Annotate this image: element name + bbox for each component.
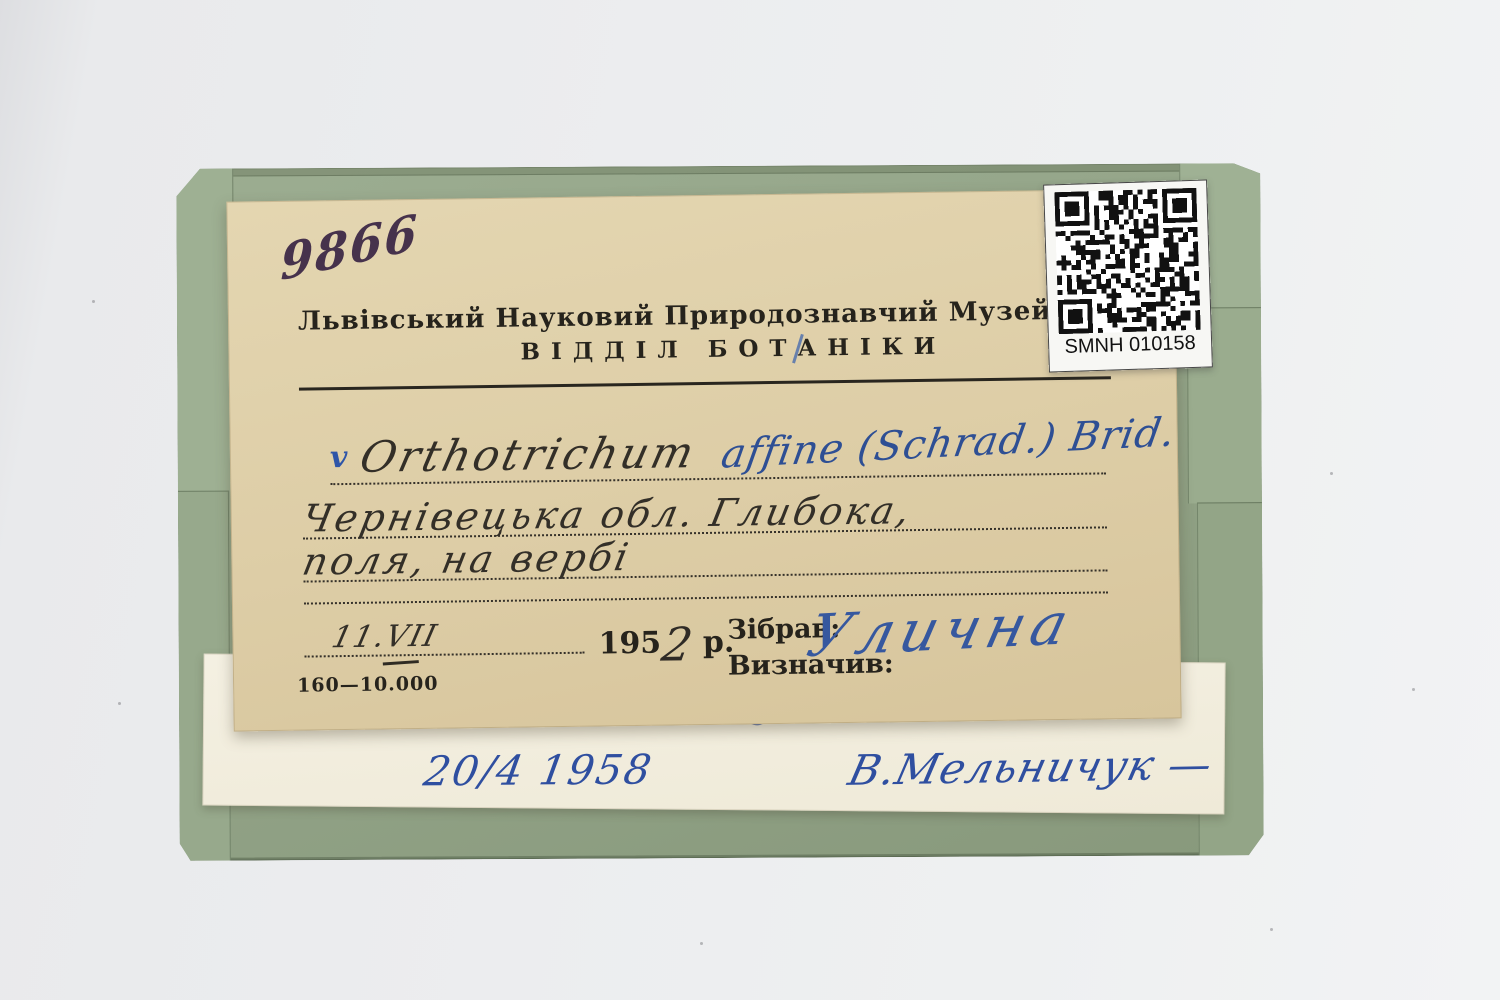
dust-speck xyxy=(700,942,703,945)
locality-handwriting-2: поля, на вербі xyxy=(300,538,634,581)
header-rule xyxy=(299,376,1111,390)
year-printed-text: 195 xyxy=(598,626,661,662)
catalog-number-handwriting: 9866 xyxy=(280,203,419,292)
photo-backdrop: Orthotrichum fastigiatum 20/4 1958 В.Мел… xyxy=(0,0,1500,1000)
locality-handwriting-1: Чернівецька обл. Глибока, xyxy=(299,491,916,538)
revision-signature-handwriting: В.Мельничук — xyxy=(844,740,1218,795)
dust-speck xyxy=(1270,928,1273,931)
date-underline-mark xyxy=(383,660,419,665)
dust-speck xyxy=(118,702,121,705)
qr-code-icon xyxy=(1054,188,1200,334)
label-header: Львівський Науковий Природознавчий Музей… xyxy=(298,295,1169,369)
locality-line-1: Чернівецька обл. Глибока, xyxy=(302,482,1107,539)
folder-top-fold xyxy=(176,163,1260,177)
revision-date-handwriting: 20/4 1958 xyxy=(420,746,656,796)
epithet-author-handwriting: affine (Schrad.) Brid. xyxy=(718,410,1179,478)
qr-sticker-text: SMNH 010158 xyxy=(1064,332,1196,359)
year-digit-handwriting: 2 xyxy=(658,617,696,672)
genus-handwriting: Orthotrichum xyxy=(355,428,701,483)
print-run-code: 160—10.000 xyxy=(297,673,439,697)
department-name-text: ВІДДІЛ БОТАНІКИ xyxy=(298,330,1168,369)
dust-speck xyxy=(92,300,95,303)
year-block: 1952 р. xyxy=(598,609,735,665)
dust-speck xyxy=(1412,688,1415,691)
checkmark-handwriting: v xyxy=(330,440,348,475)
species-line: v Orthotrichum affine (Schrad.) Brid. xyxy=(329,394,1106,485)
determiner-signature-handwriting: Улична xyxy=(801,589,1081,670)
qr-sticker: SMNH 010158 xyxy=(1043,179,1213,372)
herbarium-label: 9866 Львівський Науковий Природознавчий … xyxy=(226,188,1181,731)
date-line: 11.VII xyxy=(304,608,585,658)
date-handwriting: 11.VII xyxy=(328,619,441,656)
dust-speck xyxy=(1330,472,1333,475)
locality-line-2: поля, на вербі xyxy=(303,532,1107,582)
